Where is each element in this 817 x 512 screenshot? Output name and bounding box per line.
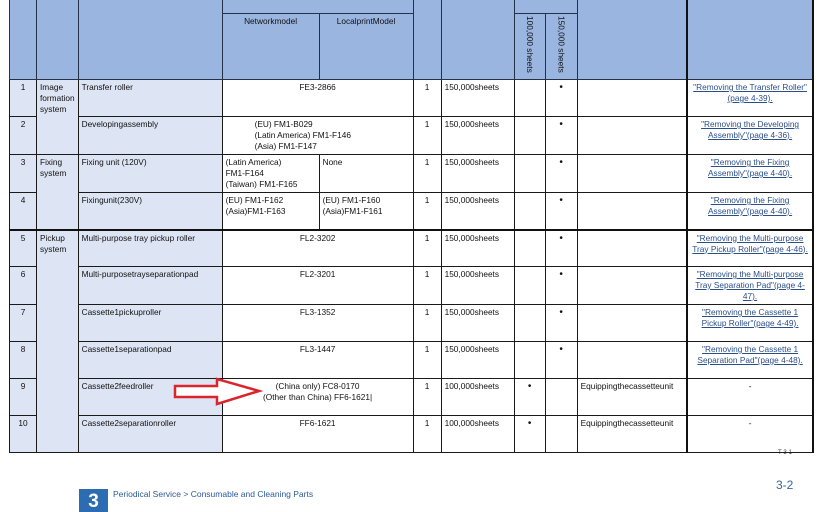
red-arrow-icon <box>173 377 263 407</box>
life-150k-mark <box>545 416 577 453</box>
page-number: 3-2 <box>776 478 793 492</box>
part-name: Cassette1pickuproller <box>78 305 222 342</box>
reference-cell: - <box>687 416 813 453</box>
life-100k-mark <box>514 305 545 342</box>
row-group: Image formation system <box>37 80 79 155</box>
remarks <box>577 117 687 155</box>
life-100k-mark <box>514 80 545 117</box>
life-100k-mark <box>514 342 545 379</box>
chapter-badge: 3 <box>79 489 108 512</box>
quantity: 1 <box>413 342 441 379</box>
life-100k-mark <box>514 117 545 155</box>
reference-cell: "Removing the Fixing Assembly"(page 4-40… <box>687 155 813 193</box>
life: 100,000sheets <box>441 379 514 416</box>
part-number: (EU) FM1-B029 (Latin America) FM1-F146 (… <box>222 117 413 155</box>
life: 150,000sheets <box>441 80 514 117</box>
table-row: 7Cassette1pickuprollerFL3-13521150,000sh… <box>10 305 814 342</box>
reference-link[interactable]: "Removing the Transfer Roller"(page 4-39… <box>693 82 807 103</box>
header-no <box>10 0 37 80</box>
part-number: FL2-3202 <box>222 230 413 267</box>
table-id: T-3-1 <box>778 450 792 456</box>
remarks <box>577 305 687 342</box>
reference-cell: "Removing the Transfer Roller"(page 4-39… <box>687 80 813 117</box>
table-row: 6Multi-purposetrayseparationpadFL2-32011… <box>10 267 814 305</box>
reference-cell: "Removing the Developing Assembly"(page … <box>687 117 813 155</box>
quantity: 1 <box>413 416 441 453</box>
table-row: 4Fixingunit(230V)(EU) FM1-F162 (Asia)FM1… <box>10 193 814 230</box>
reference-link[interactable]: "Removing the Fixing Assembly"(page 4-40… <box>708 157 792 178</box>
part-number-network: (Latin America) FM1-F164 (Taiwan) FM1-F1… <box>222 155 319 193</box>
part-name: Multi-purposetrayseparationpad <box>78 267 222 305</box>
part-number: FL3-1352 <box>222 305 413 342</box>
life-150k-mark: • <box>545 267 577 305</box>
life: 150,000sheets <box>441 155 514 193</box>
quantity: 1 <box>413 80 441 117</box>
remarks: Equippingthecassetteunit <box>577 379 687 416</box>
header-group <box>37 0 79 80</box>
reference-link[interactable]: "Removing the Cassette 1 Pickup Roller"(… <box>702 307 799 328</box>
life: 150,000sheets <box>441 117 514 155</box>
part-name: Cassette2separationroller <box>78 416 222 453</box>
reference-cell: "Removing the Multi-purpose Tray Separat… <box>687 267 813 305</box>
row-number: 2 <box>10 117 37 155</box>
part-name: Fixing unit (120V) <box>78 155 222 193</box>
header-replacement <box>514 0 577 14</box>
life-150k-mark <box>545 379 577 416</box>
life-150k-mark: • <box>545 155 577 193</box>
header-life <box>441 0 514 80</box>
reference-link[interactable]: "Removing the Multi-purpose Tray Separat… <box>695 269 805 301</box>
row-number: 7 <box>10 305 37 342</box>
breadcrumb[interactable]: Periodical Service > Consumable and Clea… <box>113 489 313 499</box>
part-number-local: None <box>319 155 413 193</box>
reference-cell: "Removing the Cassette 1 Pickup Roller"(… <box>687 305 813 342</box>
consumable-parts-table: Networkmodel LocalprintModel 100,000 she… <box>9 0 814 453</box>
row-number: 6 <box>10 267 37 305</box>
table-row: 1Image formation systemTransfer rollerFE… <box>10 80 814 117</box>
header-local-print-model: LocalprintModel <box>319 14 413 80</box>
header-100k-sheets: 100,000 sheets <box>524 14 535 73</box>
header-name <box>78 0 222 80</box>
row-group: Pickup system <box>37 230 79 453</box>
life-100k-mark: • <box>514 379 545 416</box>
part-name: Transfer roller <box>78 80 222 117</box>
life-100k-mark: • <box>514 416 545 453</box>
part-name: Developingassembly <box>78 117 222 155</box>
remarks <box>577 230 687 267</box>
quantity: 1 <box>413 117 441 155</box>
life-150k-mark: • <box>545 305 577 342</box>
life-150k-mark: • <box>545 80 577 117</box>
table-row: 8Cassette1separationpadFL3-14471150,000s… <box>10 342 814 379</box>
reference-link[interactable]: "Removing the Developing Assembly"(page … <box>701 119 799 140</box>
remarks <box>577 193 687 230</box>
life-150k-mark: • <box>545 342 577 379</box>
reference-cell: - <box>687 379 813 416</box>
remarks: Equippingthecassetteunit <box>577 416 687 453</box>
life-150k-mark: • <box>545 117 577 155</box>
reference-none: - <box>749 381 752 391</box>
row-number: 3 <box>10 155 37 193</box>
table-row: 3Fixing systemFixing unit (120V)(Latin A… <box>10 155 814 193</box>
part-number-network: (EU) FM1-F162 (Asia)FM1-F163 <box>222 193 319 230</box>
table-row: 5Pickup systemMulti-purpose tray pickup … <box>10 230 814 267</box>
row-number: 5 <box>10 230 37 267</box>
remarks <box>577 80 687 117</box>
reference-link[interactable]: "Removing the Multi-purpose Tray Pickup … <box>692 233 808 254</box>
part-number: FF6-1621 <box>222 416 413 453</box>
life: 150,000sheets <box>441 230 514 267</box>
row-number: 9 <box>10 379 37 416</box>
row-number: 4 <box>10 193 37 230</box>
life: 150,000sheets <box>441 193 514 230</box>
life: 150,000sheets <box>441 267 514 305</box>
life: 100,000sheets <box>441 416 514 453</box>
quantity: 1 <box>413 193 441 230</box>
life-100k-mark <box>514 193 545 230</box>
part-number: FE3-2866 <box>222 80 413 117</box>
reference-link[interactable]: "Removing the Cassette 1 Separation Pad"… <box>697 344 802 365</box>
life: 150,000sheets <box>441 342 514 379</box>
part-number: FL2-3201 <box>222 267 413 305</box>
part-name: Cassette1separationpad <box>78 342 222 379</box>
table-row: 10Cassette2separationrollerFF6-16211100,… <box>10 416 814 453</box>
quantity: 1 <box>413 305 441 342</box>
life-100k-mark <box>514 155 545 193</box>
header-network-model: Networkmodel <box>222 14 319 80</box>
remarks <box>577 155 687 193</box>
header-qty <box>413 0 441 80</box>
life-150k-mark: • <box>545 193 577 230</box>
remarks <box>577 267 687 305</box>
header-part-number <box>222 0 413 14</box>
reference-cell: "Removing the Cassette 1 Separation Pad"… <box>687 342 813 379</box>
header-reference <box>687 0 813 80</box>
part-number: FL3-1447 <box>222 342 413 379</box>
part-name: Fixingunit(230V) <box>78 193 222 230</box>
part-number-local: (EU) FM1-F160 (Asia)FM1-F161 <box>319 193 413 230</box>
remarks <box>577 342 687 379</box>
row-number: 10 <box>10 416 37 453</box>
header-150k-sheets: 150,000 sheets <box>556 14 567 73</box>
quantity: 1 <box>413 155 441 193</box>
quantity: 1 <box>413 379 441 416</box>
header-remarks <box>577 0 687 80</box>
life-100k-mark <box>514 230 545 267</box>
life-100k-mark <box>514 267 545 305</box>
reference-cell: "Removing the Fixing Assembly"(page 4-40… <box>687 193 813 230</box>
quantity: 1 <box>413 267 441 305</box>
row-group: Fixing system <box>37 155 79 230</box>
part-name: Multi-purpose tray pickup roller <box>78 230 222 267</box>
life-150k-mark: • <box>545 230 577 267</box>
life: 150,000sheets <box>441 305 514 342</box>
reference-link[interactable]: "Removing the Fixing Assembly"(page 4-40… <box>708 195 792 216</box>
row-number: 1 <box>10 80 37 117</box>
row-number: 8 <box>10 342 37 379</box>
reference-cell: "Removing the Multi-purpose Tray Pickup … <box>687 230 813 267</box>
table-row: 9Cassette2feedroller(China only) FC8-017… <box>10 379 814 416</box>
quantity: 1 <box>413 230 441 267</box>
table-row: 2Developingassembly(EU) FM1-B029 (Latin … <box>10 117 814 155</box>
reference-none: - <box>749 418 752 428</box>
